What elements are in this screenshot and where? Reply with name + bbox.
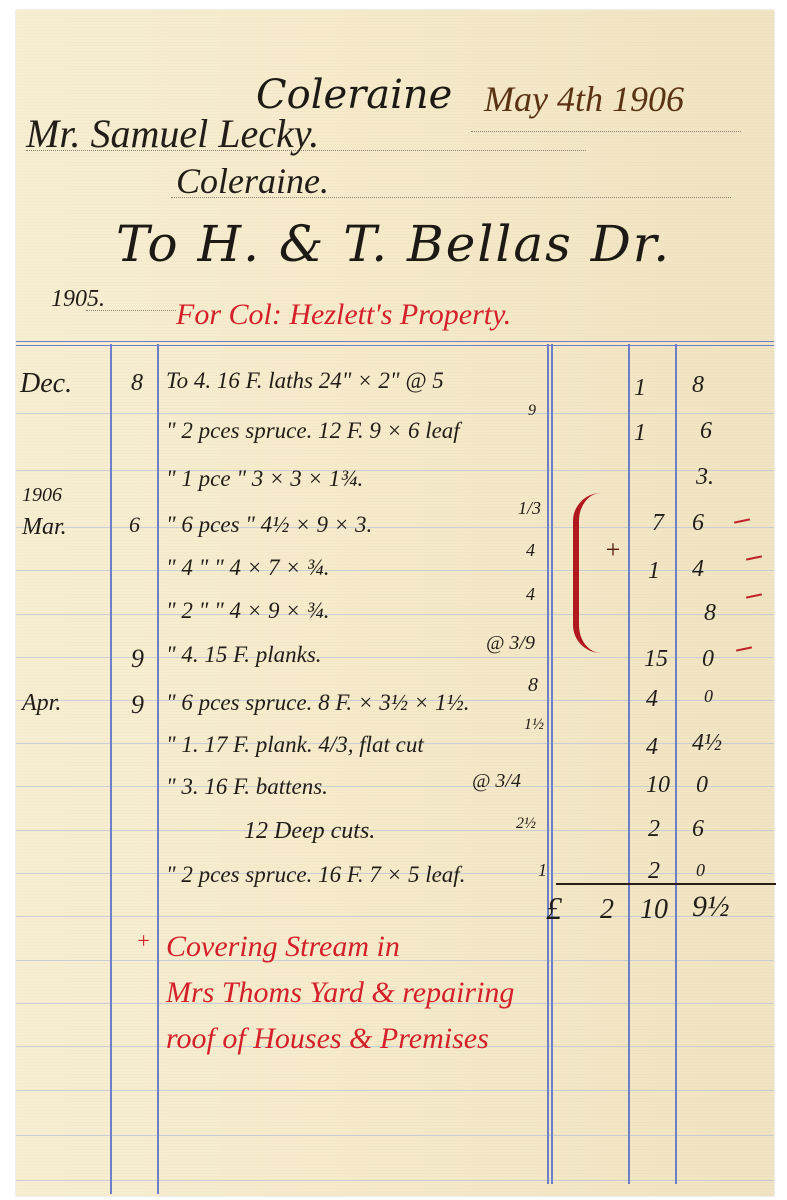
row-rate: 2½ <box>516 815 536 833</box>
recipient-name: Mr. Samuel Lecky. <box>26 110 319 157</box>
row-day: 9 <box>131 690 144 720</box>
row-description: " 2 pces spruce. 16 F. 7 × 5 leaf. <box>166 862 465 888</box>
pence-column-line <box>675 344 677 1184</box>
check-mark-icon <box>746 555 762 560</box>
ruled-line <box>16 1135 774 1136</box>
row-shillings: 4 <box>646 686 658 713</box>
total-rule <box>556 883 776 885</box>
row-month: Apr. <box>22 690 61 717</box>
ruled-line <box>16 1180 774 1181</box>
row-shillings: 7 <box>652 510 664 537</box>
row-rate: @ 3/9 <box>486 632 535 655</box>
description-column-line-2 <box>551 344 553 1184</box>
row-description: " 4. 15 F. planks. <box>166 642 322 668</box>
firm-name: To H. & T. Bellas Dr. <box>116 215 671 273</box>
row-pence: 0 <box>696 860 705 881</box>
check-mark-icon <box>746 593 762 598</box>
row-shillings: 4 <box>646 734 658 761</box>
row-description: " 1. 17 F. plank. 4/3, flat cut <box>166 732 424 758</box>
note-line-3: roof of Houses & Premises <box>166 1022 489 1056</box>
row-rate: 4 <box>526 584 535 605</box>
total-pounds: 2 <box>600 894 614 926</box>
row-description: To 4. 16 F. laths 24" × 2" @ 5 <box>166 368 444 394</box>
row-pence: 6 <box>692 816 704 843</box>
description-column-line <box>547 344 549 1184</box>
row-description: " 2 " " 4 × 9 × ¾. <box>166 598 330 624</box>
row-description: " 4 " " 4 × 7 × ¾. <box>166 555 330 581</box>
row-day: 6 <box>129 512 140 538</box>
row-description: 12 Deep cuts. <box>244 818 375 845</box>
row-rate: 9 <box>528 402 536 420</box>
row-pence: 4 <box>692 556 704 583</box>
row-pence: 0 <box>702 646 714 673</box>
note-line-1: Covering Stream in <box>166 930 400 964</box>
row-rate: @ 3/4 <box>472 770 521 793</box>
total-shillings: 10 <box>640 894 668 926</box>
row-shillings: 2 <box>648 816 660 843</box>
ruled-line <box>16 1090 774 1091</box>
month-column-line <box>110 344 112 1194</box>
ruled-line <box>16 470 774 471</box>
row-pence: 8 <box>704 600 716 627</box>
row-pence: 4½ <box>692 730 722 757</box>
row-pence: 0 <box>704 686 713 707</box>
row-description: " 2 pces spruce. 12 F. 9 × 6 leaf <box>166 418 460 444</box>
ruled-line <box>16 614 774 615</box>
row-shillings: 1 <box>648 558 660 585</box>
row-shillings: 1 <box>634 375 646 402</box>
year-1905: 1905. <box>51 286 105 313</box>
ruled-line <box>16 413 774 414</box>
shillings-column-line <box>628 344 630 1184</box>
row-rate: 8 <box>528 674 538 697</box>
row-pence: 6 <box>692 510 704 537</box>
row-day: 8 <box>131 370 143 397</box>
check-mark-icon <box>734 518 750 523</box>
day-column-line <box>157 344 159 1194</box>
row-description: " 1 pce " 3 × 3 × 1¾. <box>166 466 363 492</box>
recipient-town: Coleraine. <box>176 160 329 202</box>
row-pence: 6 <box>700 418 712 445</box>
invoice-paper: Coleraine May 4th 1906 Mr. Samuel Lecky.… <box>16 10 774 1196</box>
bracket-plus-mark: + <box>604 535 622 565</box>
pounds-symbol: £ <box>546 890 562 927</box>
row-description: " 6 pces " 4½ × 9 × 3. <box>166 512 372 538</box>
row-shillings: 1 <box>634 420 646 447</box>
total-pence: 9½ <box>692 890 730 924</box>
bracket-mark <box>573 493 601 653</box>
row-pence: 3. <box>696 464 714 491</box>
date-dotted-line <box>471 131 741 132</box>
ruled-line <box>16 830 774 831</box>
note-marker: + <box>136 928 151 954</box>
row-description: " 3. 16 F. battens. <box>166 774 328 800</box>
row-pence: 0 <box>696 772 708 799</box>
row-shillings: 2 <box>648 858 660 885</box>
invoice-date: May 4th 1906 <box>484 78 684 120</box>
row-rate: 4 <box>526 540 535 561</box>
row-description: " 6 pces spruce. 8 F. × 3½ × 1½. <box>166 690 469 716</box>
row-rate: 1 <box>538 860 547 881</box>
row-pence: 8 <box>692 372 704 399</box>
row-rate: 1½ <box>524 716 544 734</box>
row-month: Dec. <box>20 368 72 400</box>
row-shillings: 15 <box>644 646 668 673</box>
note-line-2: Mrs Thoms Yard & repairing <box>166 976 514 1010</box>
row-month: 1906 <box>22 484 62 507</box>
ruled-line <box>16 570 774 571</box>
row-rate: 1/3 <box>518 498 541 519</box>
check-mark-icon <box>736 646 752 651</box>
table-header-rule <box>16 341 774 346</box>
row-day: 9 <box>131 644 144 674</box>
row-month: Mar. <box>22 514 67 541</box>
property-reference: For Col: Hezlett's Property. <box>176 298 511 332</box>
row-shillings: 10 <box>646 772 670 799</box>
